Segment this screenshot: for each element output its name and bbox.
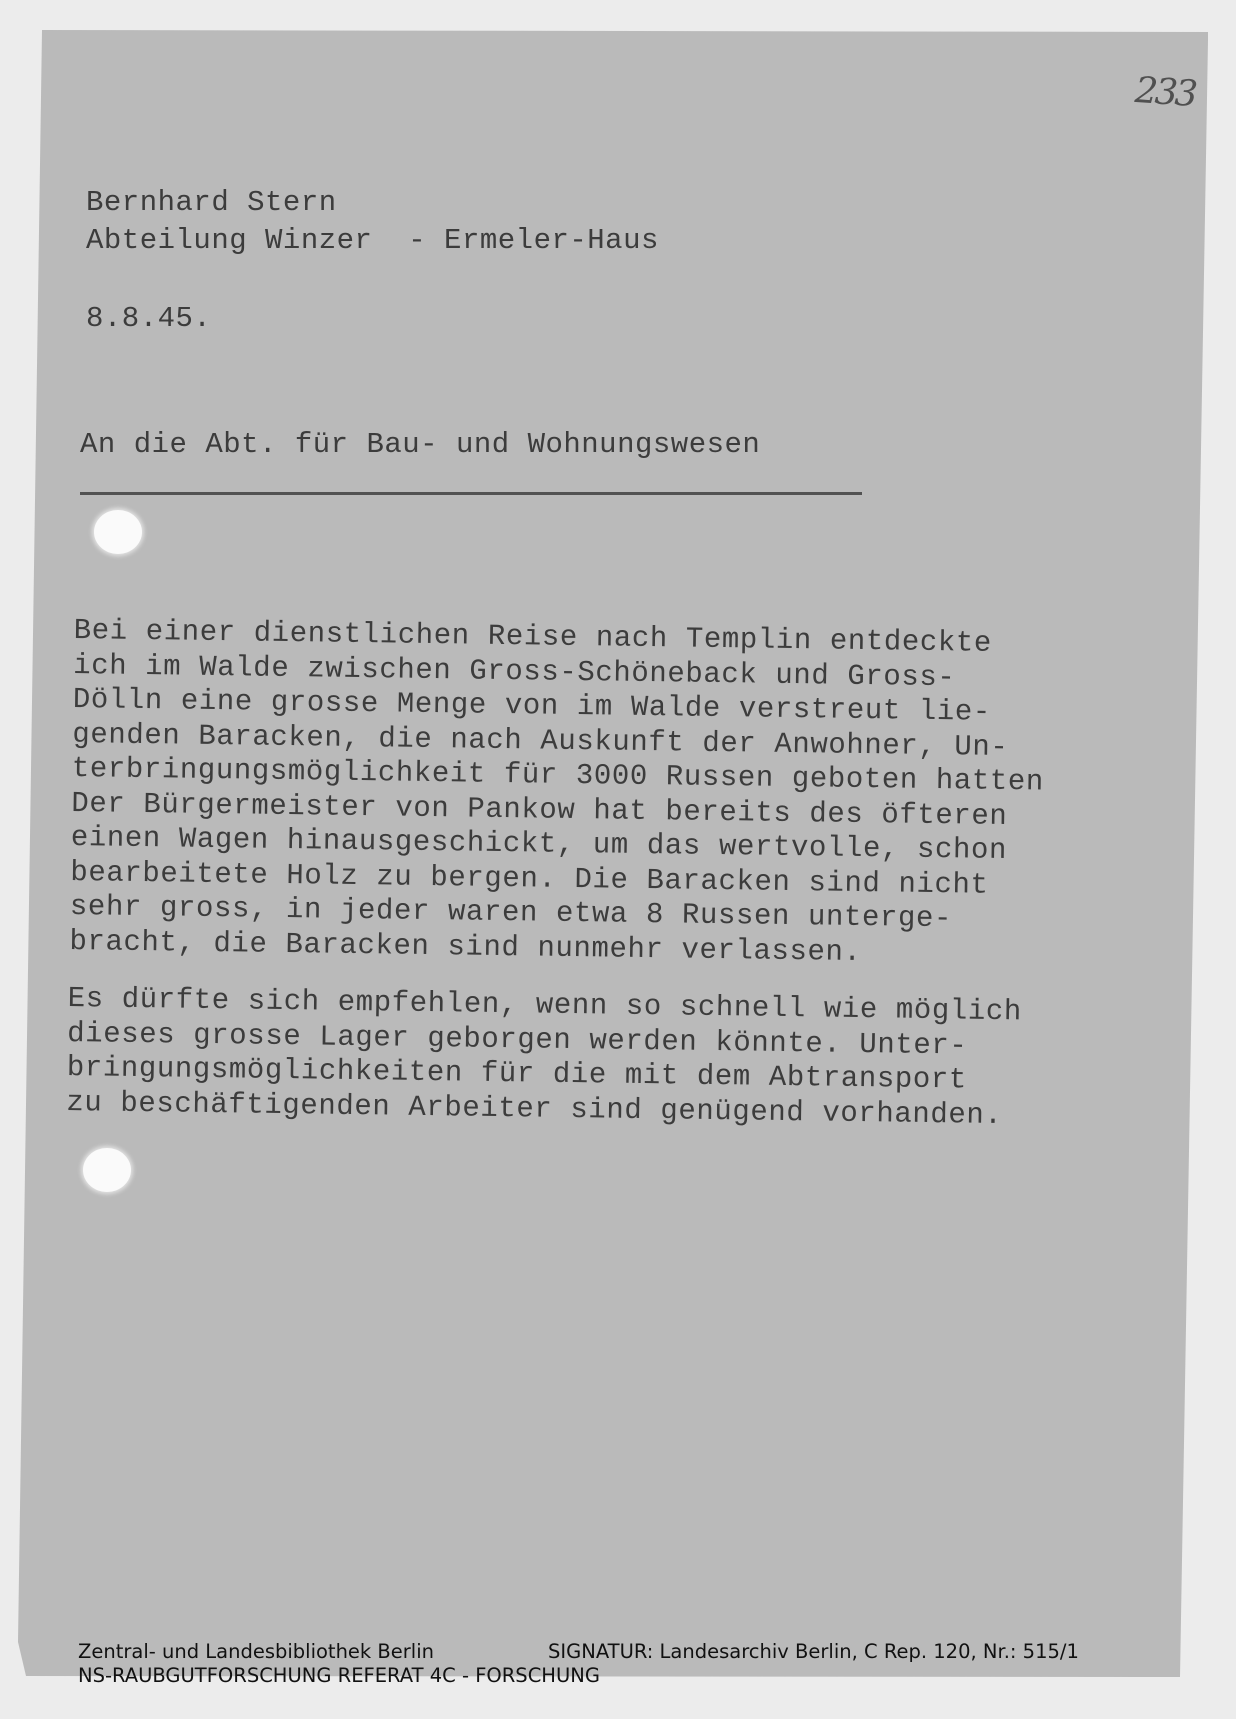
sender-name: Bernhard Stern: [86, 186, 337, 219]
sender-block: Bernhard Stern Abteilung Winzer - Ermele…: [86, 184, 659, 260]
body-paragraph-2: Es dürfte sich empfehlen, wenn so schnel…: [66, 982, 1022, 1133]
handwritten-page-number: 233: [1134, 70, 1196, 115]
body-paragraph-1: Bei einer dienstlichen Reise nach Templi…: [69, 614, 1046, 973]
scanned-document: 233 Bernhard Stern Abteilung Winzer - Er…: [0, 0, 1236, 1719]
underline-rule: [80, 492, 862, 495]
sender-department: Abteilung Winzer - Ermeler-Haus: [86, 224, 659, 257]
punch-hole-bottom: [83, 1148, 131, 1192]
signatur-label: SIGNATUR: Landesarchiv Berlin, C Rep. 12…: [548, 1640, 1079, 1664]
archive-footer: Zentral- und Landesbibliothek Berlin SIG…: [78, 1640, 1079, 1688]
project-label: NS-RAUBGUTFORSCHUNG REFERAT 4C - FORSCHU…: [78, 1664, 600, 1688]
recipient-line: An die Abt. für Bau- und Wohnungswesen: [80, 428, 760, 461]
institution-label: Zentral- und Landesbibliothek Berlin: [78, 1640, 548, 1664]
letter-date: 8.8.45.: [86, 302, 211, 335]
punch-hole-top: [94, 510, 142, 554]
